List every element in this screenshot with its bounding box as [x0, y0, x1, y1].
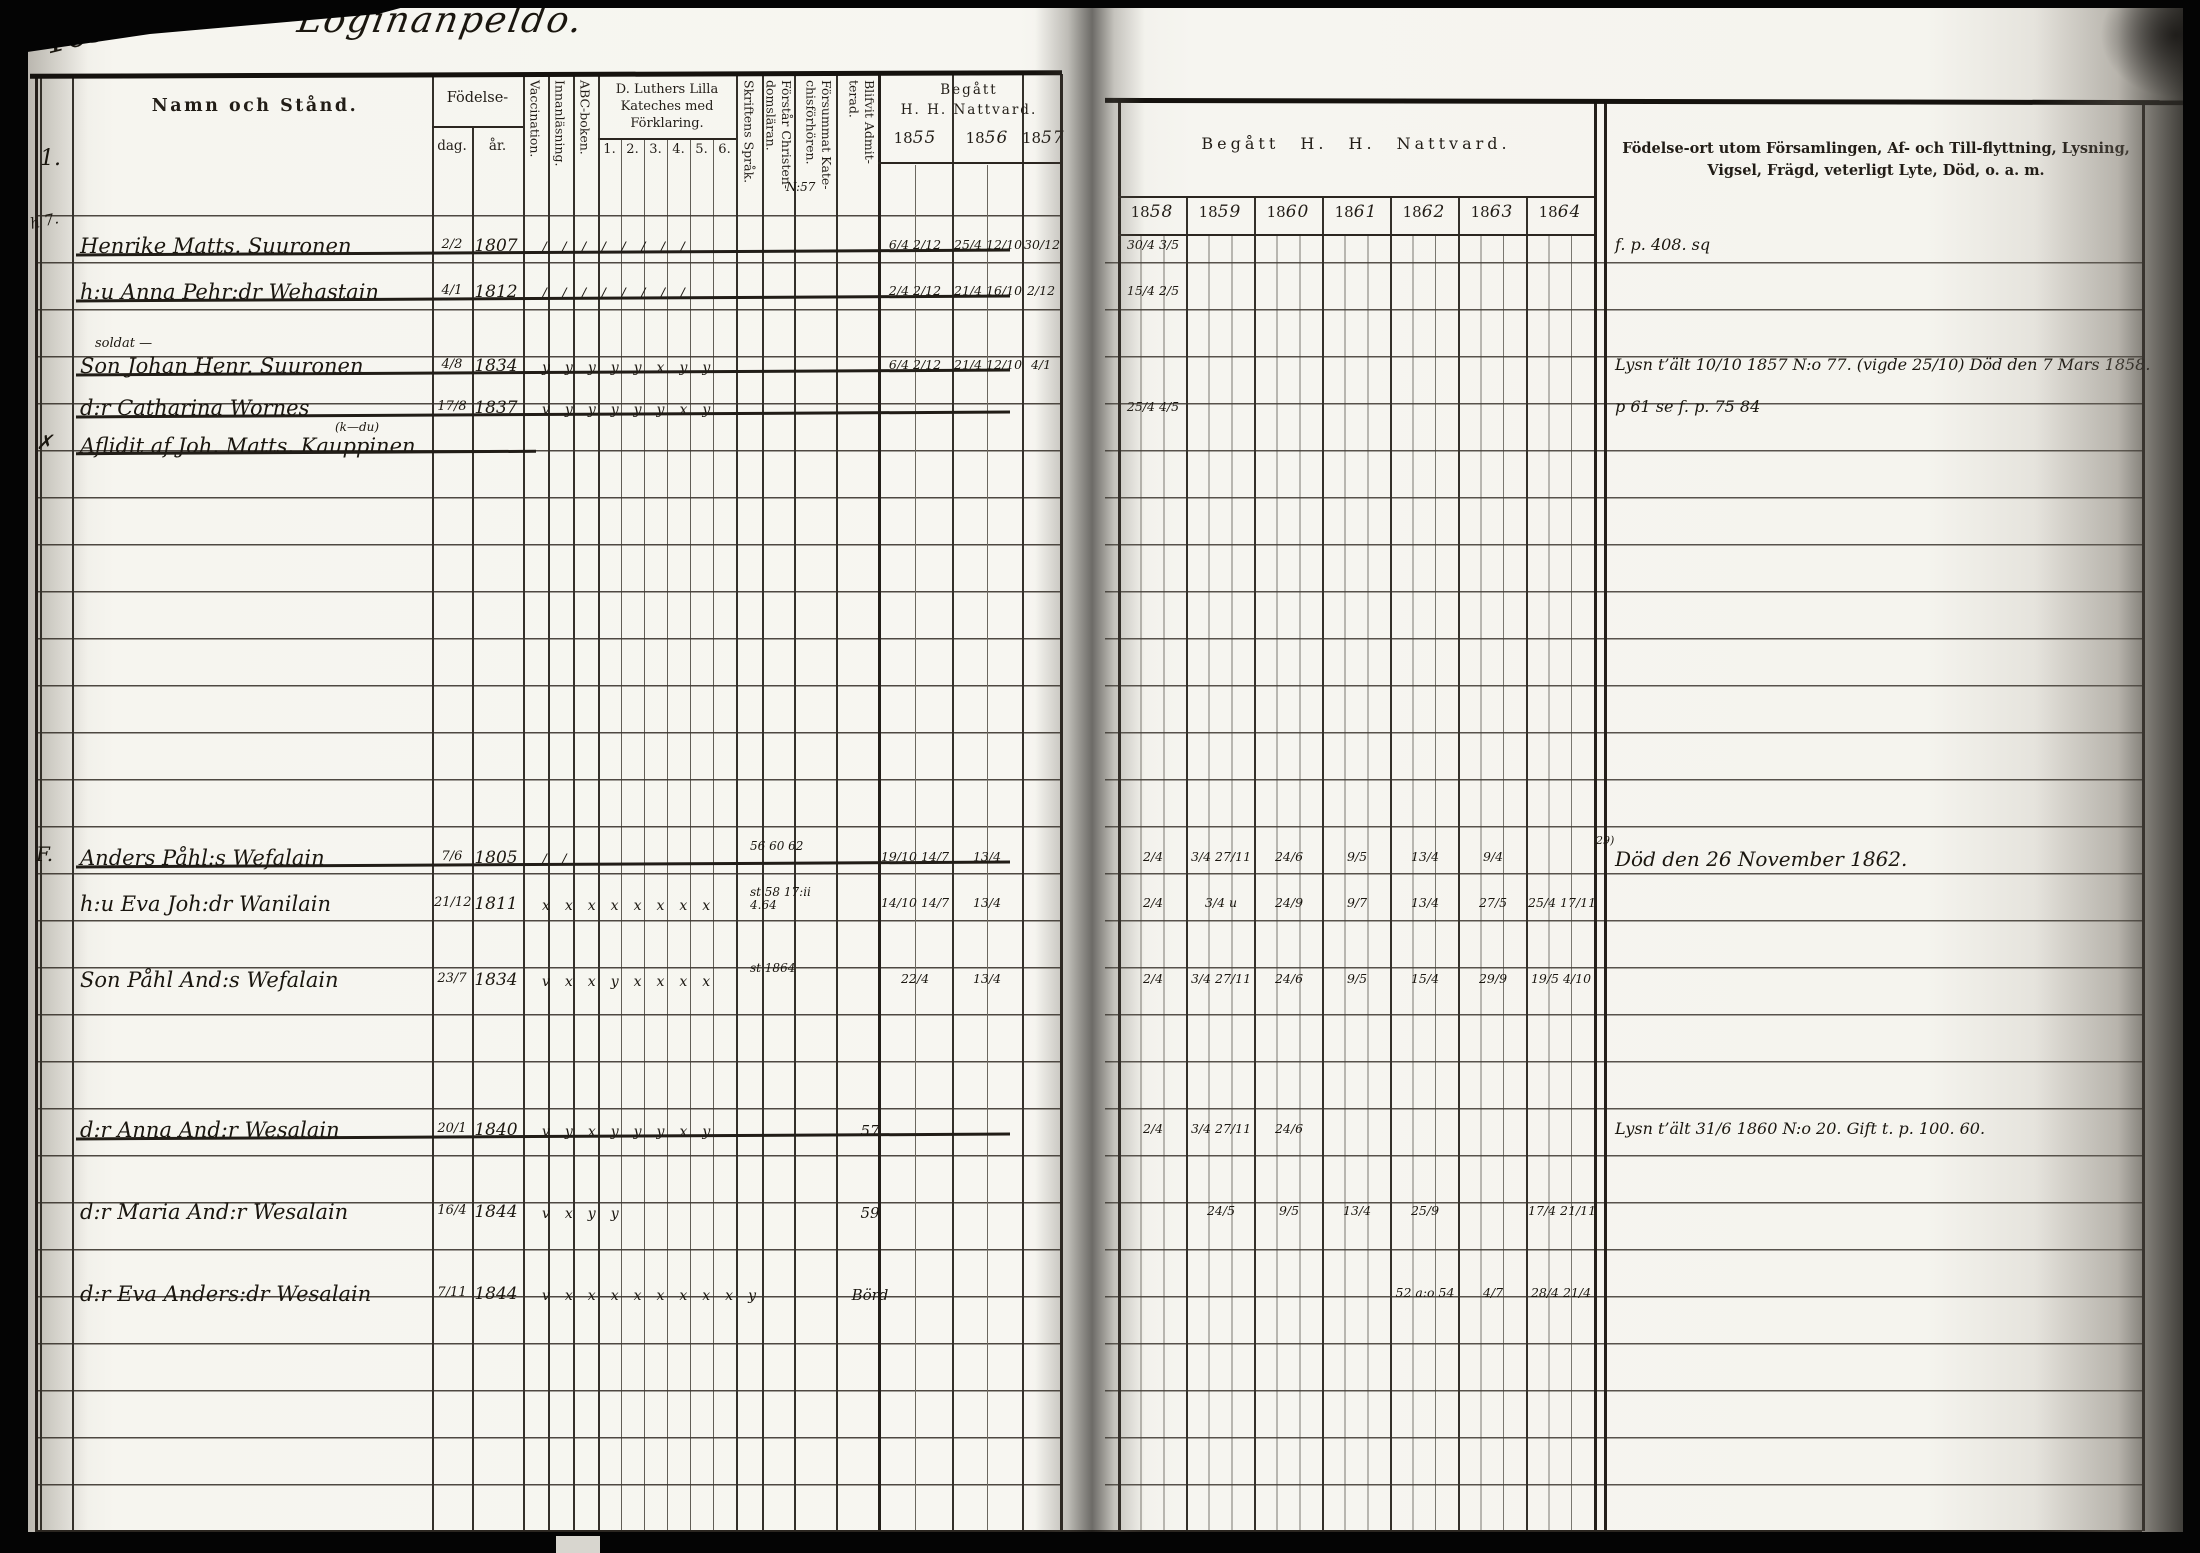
year-header-1859: 1859	[1186, 202, 1254, 222]
year-printed: 18	[1022, 129, 1041, 147]
year-header-1862: 1862	[1390, 202, 1458, 222]
entry-birth-day: 7/6	[434, 849, 470, 864]
communion-1862: 25/9	[1392, 1203, 1458, 1218]
scan-border-left	[0, 0, 28, 1553]
year-printed: 18	[1335, 203, 1354, 221]
grid-line	[35, 74, 38, 1531]
year-handwritten: 57	[1041, 128, 1065, 148]
communion-1855: 22/4	[880, 971, 950, 986]
communion-1860: 24/6	[1256, 971, 1322, 986]
column-header-notes: Födelse-ort utom Församlingen, Af- och T…	[1620, 138, 2132, 183]
entry-marks: vxxxxxxxxy	[542, 1288, 771, 1304]
grid-line	[598, 138, 736, 140]
grid-line	[1118, 102, 1121, 1531]
year-subcolumn-lines	[1118, 234, 1594, 1531]
communion-1860: 24/6	[1256, 849, 1322, 864]
communion-1856: 13/4	[954, 895, 1020, 910]
grid-line	[878, 162, 1060, 164]
year-header-1863: 1863	[1458, 202, 1526, 222]
year-printed: 18	[1539, 203, 1558, 221]
entry-marks: vxyy	[542, 1206, 634, 1222]
communion-1862: 52 a:o 54	[1392, 1285, 1458, 1300]
communion-1860: 24/9	[1256, 895, 1322, 910]
communion-1860: 24/6	[1256, 1121, 1322, 1136]
communion-1858: 2/4	[1120, 1121, 1186, 1136]
column-header-abc-book: ABC-boken.	[577, 80, 593, 214]
entry-note-superscript: 29)	[1596, 834, 1614, 847]
communion-1862: 15/4	[1392, 971, 1458, 986]
year-header-1855: 1855	[878, 128, 952, 148]
grid-line	[794, 74, 796, 1531]
year-header-1858: 1858	[1118, 202, 1186, 222]
grid-line	[432, 126, 523, 128]
catechism-subcolumn-numbers: 1. 2. 3. 4. 5. 6.	[598, 142, 736, 157]
communion-1864: 28/4 21/4	[1528, 1285, 1594, 1300]
catechism-col-3: 3.	[644, 142, 667, 157]
entry-name: d:r Eva Anders:dr Wesalain	[80, 1282, 371, 1306]
communion-1856: 13/4	[954, 971, 1020, 986]
year-handwritten: 55	[913, 128, 937, 148]
communion-1857: 30/12	[1024, 237, 1058, 252]
column-header-admitted: Blifvit Admit- terad.	[841, 80, 877, 214]
entry-birth-day: 20/1	[434, 1121, 470, 1136]
entry-birth-day: 7/11	[434, 1285, 470, 1300]
catechism-subcolumn-lines	[598, 140, 736, 1531]
year-header-1856: 1856	[952, 128, 1022, 148]
year-handwritten: 58	[1150, 202, 1174, 222]
entry-birth-day: 16/4	[434, 1203, 470, 1218]
grid-line	[2142, 102, 2145, 1531]
communion-1864: 25/4 17/11	[1528, 895, 1594, 910]
column-header-birth-year: år.	[472, 138, 523, 154]
entry-marks: ////////	[542, 240, 700, 256]
grid-line	[1526, 196, 1528, 1531]
column-header-communion-left: Begått H. H. Nattvard.	[878, 80, 1060, 121]
entry-birth-year: 1834	[472, 970, 520, 990]
grid-line	[836, 74, 838, 1531]
year-printed: 18	[1199, 203, 1218, 221]
entry-marks: yyyyyxyy	[542, 360, 725, 376]
column-header-name: Namn och Stånd.	[80, 96, 430, 116]
communion-1859: 3/4 u	[1188, 895, 1254, 910]
year-header-1864: 1864	[1526, 202, 1594, 222]
communion-1861: 9/5	[1324, 849, 1390, 864]
grid-line	[40, 74, 42, 1531]
communion-1862: 13/4	[1392, 849, 1458, 864]
entry-name: d:r Maria And:r Wesalain	[80, 1200, 348, 1224]
communion-1863: 27/5	[1460, 895, 1526, 910]
catechism-col-5: 5.	[690, 142, 713, 157]
communion-1863: 4/7	[1460, 1285, 1526, 1300]
grid-line	[1118, 196, 1594, 198]
year-header-1861: 1861	[1322, 202, 1390, 222]
entry-note: Lysn t’ält 10/10 1857 N:o 77. (vigde 25/…	[1615, 355, 2145, 374]
column-header-script-language: Skriftens Språk.	[741, 80, 757, 214]
grid-line	[472, 128, 474, 1531]
entry-birth-day: 23/7	[434, 971, 470, 986]
year-handwritten: 60	[1286, 202, 1310, 222]
entry-annotation: 56 60 62	[750, 840, 880, 853]
communion-1861: 9/5	[1324, 971, 1390, 986]
year-handwritten: 61	[1354, 202, 1378, 222]
communion-1858: 15/4 2/5	[1120, 283, 1186, 298]
catechism-col-6: 6.	[713, 142, 736, 157]
catechism-col-1: 1.	[598, 142, 621, 157]
grid-line	[1060, 74, 1063, 1531]
grid-line	[1594, 102, 1597, 1531]
column-header-vaccination: Vaccination.	[527, 80, 543, 214]
communion-1864: 19/5 4/10	[1528, 971, 1594, 986]
column-header-reading: Innanläsning.	[552, 80, 568, 214]
entry-birth-day: 17/8	[434, 399, 470, 414]
communion-1858: 30/4 3/5	[1120, 237, 1186, 252]
entry-birth-day: 4/1	[434, 283, 470, 298]
year-printed: 18	[894, 129, 913, 147]
scan-border-right	[2183, 0, 2200, 1553]
year-printed: 18	[1131, 203, 1150, 221]
communion-1858: 2/4	[1120, 849, 1186, 864]
year-printed: 18	[1471, 203, 1490, 221]
margin-annotation: N:57	[786, 180, 815, 194]
communion-1861: 13/4	[1324, 1203, 1390, 1218]
communion-1858: 2/4	[1120, 895, 1186, 910]
communion-1864: 17/4 21/11	[1528, 1203, 1594, 1218]
scan-border-bottom	[0, 1532, 2200, 1553]
communion-1858: 2/4	[1120, 971, 1186, 986]
entry-admitted: 59	[842, 1204, 898, 1222]
entry-name: Son Påhl And:s Wefalain	[80, 968, 339, 992]
communion-1863: 9/4	[1460, 849, 1526, 864]
communion-1858: 25/4 4/5	[1120, 399, 1186, 414]
communion-1857: 2/12	[1024, 283, 1058, 298]
year-handwritten: 56	[985, 128, 1009, 148]
year-printed: 18	[966, 129, 985, 147]
entry-marks: xxxxxxxx	[542, 898, 725, 914]
entry-annotation: st 58 17:ii 4.64	[750, 886, 880, 912]
year-header-1857: 1857	[1022, 128, 1060, 148]
entry-note: p 61 se f. p. 75 84	[1615, 397, 2145, 416]
entry-marks: //	[542, 852, 581, 868]
catechism-col-4: 4.	[667, 142, 690, 157]
communion-1859: 3/4 27/11	[1188, 1121, 1254, 1136]
grid-line	[736, 74, 738, 1531]
entry-note: Död den 26 November 1862.	[1615, 847, 2145, 871]
catechism-col-2: 2.	[621, 142, 644, 157]
year-handwritten: 59	[1218, 202, 1242, 222]
communion-1859: 3/4 27/11	[1188, 849, 1254, 864]
margin-mark: F.	[36, 842, 53, 866]
communion-1860: 9/5	[1256, 1203, 1322, 1218]
communion-1855: 14/10 14/7	[880, 895, 950, 910]
year-handwritten: 62	[1422, 202, 1446, 222]
grid-line	[72, 74, 74, 1531]
scanned-parish-register: 169. Loginanpeldo. 1. h 7. N:57	[0, 0, 2200, 1553]
entry-birth-year: 1844	[472, 1284, 520, 1304]
entry-birth-day: 2/2	[434, 237, 470, 252]
entry-marks: vyxyyyxy	[542, 1124, 725, 1140]
column-header-communion-right: Begått H. H. Nattvard.	[1118, 134, 1594, 153]
entry-birth-year: 1844	[472, 1202, 520, 1222]
entry-marks: vxxyxxxx	[542, 974, 725, 990]
entry-annotation: st 1864	[750, 962, 880, 975]
column-header-birth-day: dag.	[432, 138, 472, 154]
grid-line	[1118, 234, 1594, 236]
entry-marks: ////////	[542, 286, 700, 302]
grid-line	[1604, 102, 1607, 1531]
entry-birth-year: 1811	[472, 894, 520, 914]
entry-birth-day: 4/8	[434, 357, 470, 372]
entry-annotation-below: (k—du)	[335, 420, 379, 434]
entry-birth-day: 21/12	[434, 895, 470, 910]
margin-mark: ✗	[36, 430, 53, 454]
communion-1857: 4/1	[1024, 357, 1058, 372]
scan-edge-notch	[556, 1536, 600, 1553]
communion-1862: 13/4	[1392, 895, 1458, 910]
year-handwritten: 63	[1490, 202, 1514, 222]
margin-scribble: 1.	[40, 146, 61, 171]
entry-marks: vyyyyyxy	[542, 402, 725, 418]
entry-note: f. p. 408. sq	[1615, 235, 2145, 254]
entry-admitted: Börd	[842, 1286, 898, 1304]
year-printed: 18	[1267, 203, 1286, 221]
column-header-catechism: D. Luthers Lilla Kateches med Förklaring…	[598, 82, 736, 133]
communion-1863: 29/9	[1460, 971, 1526, 986]
communion-1859: 24/5	[1188, 1203, 1254, 1218]
grid-line	[762, 74, 764, 1531]
communion-1859: 3/4 27/11	[1188, 971, 1254, 986]
year-header-1860: 1860	[1254, 202, 1322, 222]
entry-note: Lysn t’ält 31/6 1860 N:o 20. Gift t. p. …	[1615, 1119, 2145, 1138]
column-header-birth: Födelse-	[432, 90, 523, 106]
entry-name: h:u Eva Joh:dr Wanilain	[80, 892, 331, 916]
communion-1861: 9/7	[1324, 895, 1390, 910]
entry-admitted: 57	[842, 1122, 898, 1140]
year-printed: 18	[1403, 203, 1422, 221]
entry-annotation-above: soldat —	[95, 336, 152, 351]
year-handwritten: 64	[1558, 202, 1582, 222]
grid-line	[523, 74, 525, 1531]
